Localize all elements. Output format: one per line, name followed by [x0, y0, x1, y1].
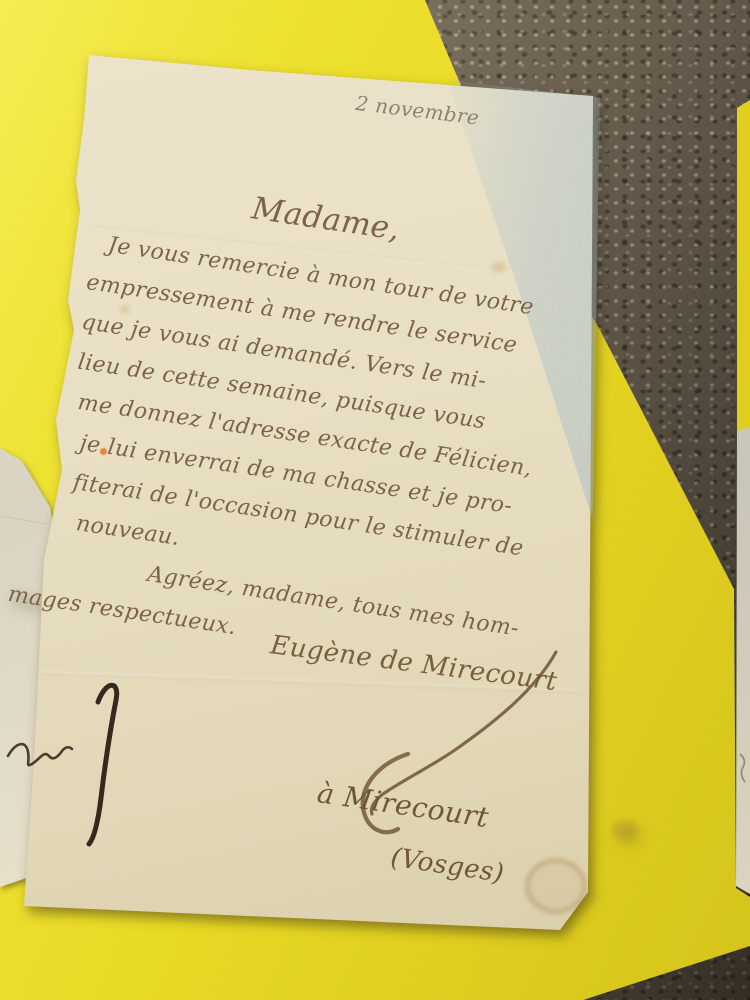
ring-stain [525, 858, 587, 914]
ink-stain [612, 820, 638, 840]
letter-paper: 2 novembre Madame, Je vous remercie à mo… [0, 0, 750, 1000]
body-line: nouveau. [74, 511, 181, 551]
letter-place: à Mirecourt [315, 776, 491, 834]
letter-department: (Vosges) [389, 843, 506, 889]
photograph-of-letter: 2 novembre Madame, Je vous remercie à mo… [0, 0, 750, 1000]
letter-salutation: Madame, [250, 190, 403, 247]
